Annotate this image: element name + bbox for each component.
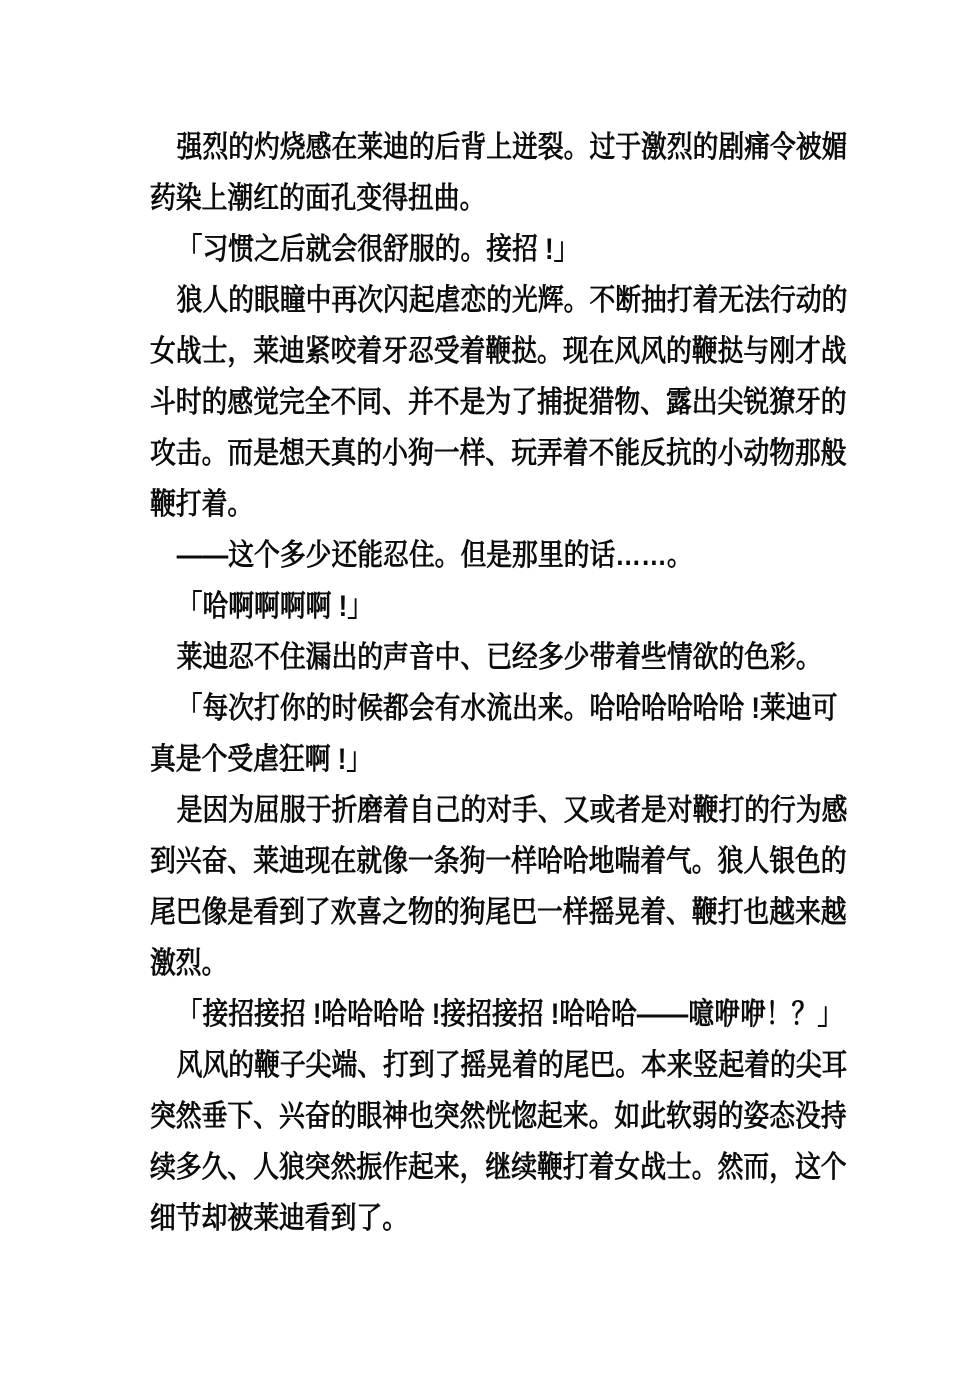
text-line: 「每次打你的时候都会有水流出来。哈哈哈哈哈哈 !莱迪可 xyxy=(150,683,804,734)
text-line: 风风的鞭子尖端、打到了摇晃着的尾巴。本来竖起着的尖耳 xyxy=(150,1040,804,1091)
text-line: 尾巴像是看到了欢喜之物的狗尾巴一样摇晃着、鞭打也越来越 xyxy=(150,887,804,938)
text-line: 斗时的感觉完全不同、并不是为了捕捉猎物、露出尖锐獠牙的 xyxy=(150,377,804,428)
text-line: 激烈。 xyxy=(150,938,804,989)
text-line: 「哈啊啊啊啊 !」 xyxy=(150,581,804,632)
text-line: 「习惯之后就会很舒服的。接招 !」 xyxy=(150,224,804,275)
text-line: 是因为屈服于折磨着自己的对手、又或者是对鞭打的行为感 xyxy=(150,785,804,836)
text-line: 莱迪忍不住漏出的声音中、已经多少带着些情欲的色彩。 xyxy=(150,632,804,683)
text-line: 狼人的眼瞳中再次闪起虐恋的光辉。不断抽打着无法行动的 xyxy=(150,275,804,326)
text-line: 女战士，莱迪紧咬着牙忍受着鞭挞。现在风风的鞭挞与刚才战 xyxy=(150,326,804,377)
text-line: 鞭打着。 xyxy=(150,479,804,530)
text-block: 强烈的灼烧感在莱迪的后背上迸裂。过于激烈的剧痛令被媚药染上潮红的面孔变得扭曲。「… xyxy=(150,122,910,1244)
text-line: 细节却被莱迪看到了。 xyxy=(150,1193,804,1244)
page: 强烈的灼烧感在莱迪的后背上迸裂。过于激烈的剧痛令被媚药染上潮红的面孔变得扭曲。「… xyxy=(0,0,980,1386)
text-line: 强烈的灼烧感在莱迪的后背上迸裂。过于激烈的剧痛令被媚 xyxy=(150,122,804,173)
text-line: ——这个多少还能忍住。但是那里的话……。 xyxy=(150,530,804,581)
text-line: 续多久、人狼突然振作起来，继续鞭打着女战士。然而，这个 xyxy=(150,1142,804,1193)
text-line: 药染上潮红的面孔变得扭曲。 xyxy=(150,173,804,224)
text-line: 突然垂下、兴奋的眼神也突然恍惚起来。如此软弱的姿态没持 xyxy=(150,1091,804,1142)
text-line: 真是个受虐狂啊 !」 xyxy=(150,734,804,785)
text-line: 「接招接招 !哈哈哈哈 !接招接招 !哈哈哈——噫咿咿！？」 xyxy=(150,989,804,1040)
text-line: 到兴奋、莱迪现在就像一条狗一样哈哈地喘着气。狼人银色的 xyxy=(150,836,804,887)
text-line: 攻击。而是想天真的小狗一样、玩弄着不能反抗的小动物那般 xyxy=(150,428,804,479)
